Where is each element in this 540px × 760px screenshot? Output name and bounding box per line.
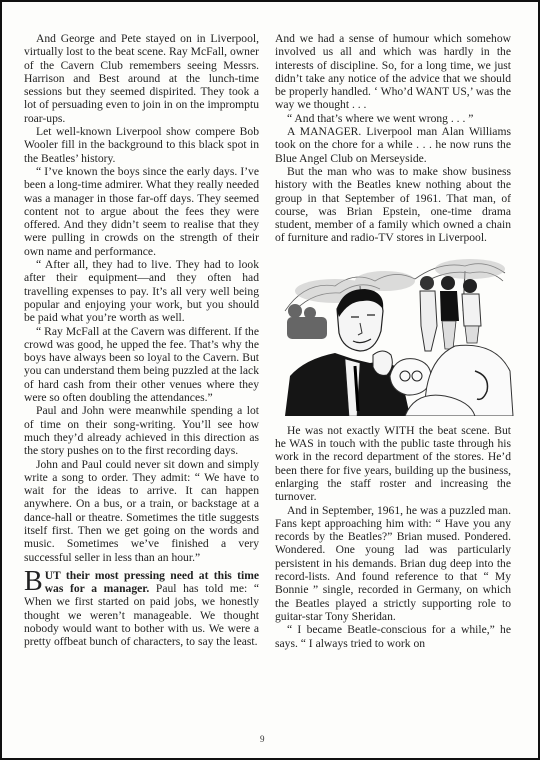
epstein-illustration bbox=[265, 251, 515, 416]
page-number: 9 bbox=[260, 734, 265, 744]
right-column: And we had a sense of humour which someh… bbox=[275, 32, 511, 650]
paragraph: John and Paul could never sit down and s… bbox=[24, 458, 259, 564]
drop-cap: B bbox=[24, 571, 43, 593]
paragraph: He was not exactly WITH the beat scene. … bbox=[275, 424, 511, 504]
magazine-page: And George and Pete stayed on in Liverpo… bbox=[0, 0, 540, 760]
paragraph: “ And that’s where we went wrong . . . ” bbox=[275, 112, 511, 125]
left-column: And George and Pete stayed on in Liverpo… bbox=[24, 32, 259, 649]
paragraph: And we had a sense of humour which someh… bbox=[275, 32, 511, 112]
paragraph: “ I became Beatle-conscious for a while,… bbox=[275, 623, 511, 650]
paragraph: And in September, 1961, he was a puz­zle… bbox=[275, 504, 511, 624]
paragraph: Paul and John were meanwhile spending a … bbox=[24, 404, 259, 457]
paragraph: A MANAGER. Liverpool man Alan Williams t… bbox=[275, 125, 511, 165]
paragraph: “ I’ve known the boys since the early da… bbox=[24, 165, 259, 258]
paragraph: Let well-known Liverpool show compere Bo… bbox=[24, 125, 259, 165]
paragraph: “ Ray McFall at the Cavern was differ­en… bbox=[24, 325, 259, 405]
paragraph: And George and Pete stayed on in Liverpo… bbox=[24, 32, 259, 125]
paragraph: But the man who was to make show busines… bbox=[275, 165, 511, 245]
paragraph: “ After all, they had to live. They had … bbox=[24, 258, 259, 324]
section-start-paragraph: BUT their most pressing need at this tim… bbox=[24, 569, 259, 649]
